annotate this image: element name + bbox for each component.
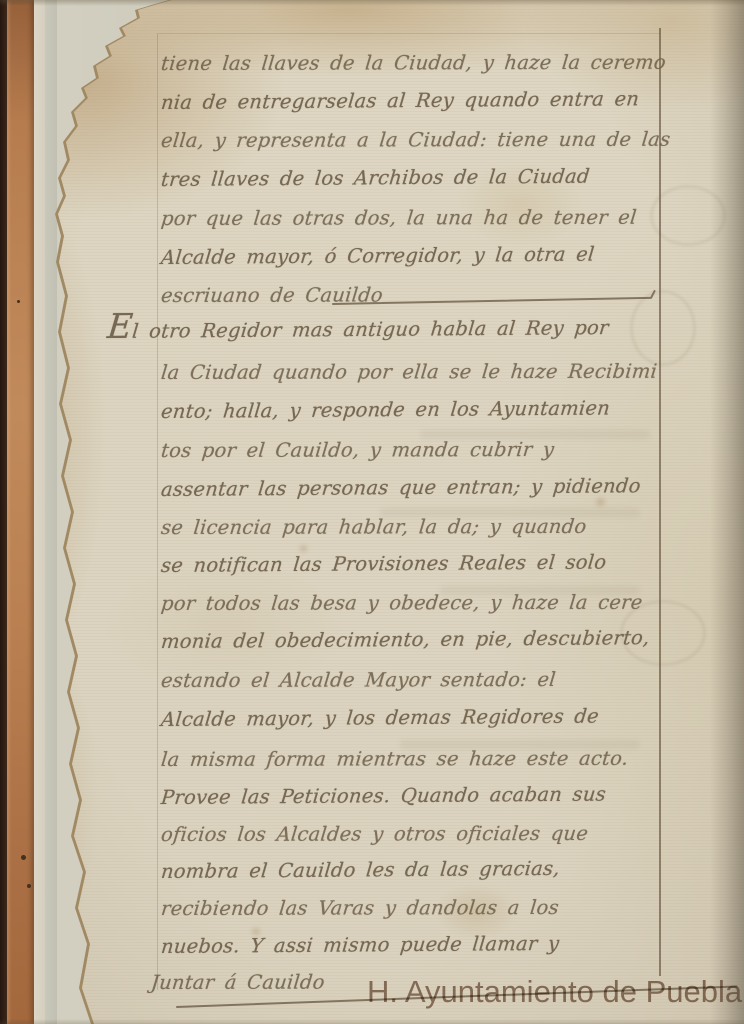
foxing-spot: [596, 498, 605, 506]
page-edge-strip: [45, 0, 57, 1024]
manuscript-line: tiene las llaves de la Ciudad, y haze la…: [160, 51, 667, 75]
manuscript-line: Juntar á Cauildo: [150, 971, 326, 994]
manuscript-line: nombra el Cauildo les da las gracias,: [160, 857, 561, 883]
manuscript-line: Alcalde mayor, y los demas Regidores de: [160, 705, 600, 731]
manuscript-line: nuebos. Y assi mismo puede llamar y: [160, 932, 560, 958]
paper: tiene las llaves de la Ciudad, y haze la…: [0, 0, 744, 1024]
leather-speck: [21, 855, 26, 860]
leather-speck: [27, 884, 31, 888]
scanned-manuscript-page: tiene las llaves de la Ciudad, y haze la…: [0, 0, 744, 1024]
manuscript-line: recibiendo las Varas y dandolas a los: [160, 896, 560, 920]
manuscript-line: oficios los Alcaldes y otros oficiales q…: [160, 822, 589, 846]
manuscript-line: estando el Alcalde Mayor sentado: el: [160, 668, 557, 692]
page-edge-strip: [34, 0, 45, 1024]
scan-edge-shadow: [0, 1019, 744, 1024]
manuscript-line: la misma forma mientras se haze este act…: [160, 747, 630, 771]
manuscript-line: Provee las Peticiones. Quando acaban sus: [160, 783, 607, 809]
scan-edge-shadow: [0, 0, 744, 6]
manuscript-line: Alcalde mayor, ó Corregidor, y la otra e…: [160, 243, 596, 269]
margin-frame-line-right: [659, 28, 661, 976]
foxing-spot: [300, 545, 307, 552]
archive-watermark: H. Ayuntamiento de Puebla: [367, 974, 742, 1010]
manuscript-line: tres llaves de los Archibos de la Ciudad: [160, 165, 591, 191]
leather-binding: [7, 0, 34, 1024]
manuscript-line: por todos las besa y obedece, y haze la …: [160, 591, 644, 615]
manuscript-line: ella, y representa a la Ciudad: tiene un…: [160, 128, 672, 152]
manuscript-line: por que las otras dos, la una ha de tene…: [160, 206, 638, 230]
manuscript-line: ento; halla, y responde en los Ayuntamie…: [160, 396, 611, 423]
manuscript-line: tos por el Cauildo, y manda cubrir y: [160, 438, 555, 462]
manuscript-line: se licencia para hablar, la da; y quando: [160, 515, 588, 539]
stain-ring: [630, 290, 696, 366]
margin-frame-line-left: [157, 34, 158, 990]
manuscript-line: nia de entregarselas al Rey quando entra…: [160, 87, 640, 114]
manuscript-line: assentar las personas que entran; y pidi…: [160, 474, 642, 501]
book-spine-edge: [0, 0, 7, 1024]
manuscript-line: monia del obedecimiento, en pie, descubi…: [160, 626, 651, 653]
margin-frame-line-top: [157, 33, 660, 34]
manuscript-line: la Ciudad quando por ella se le haze Rec…: [160, 360, 658, 384]
manuscript-line: se notifican las Provisiones Reales el s…: [160, 551, 608, 577]
page-curvature-shadow: [710, 0, 744, 1024]
manuscript-line paragraph-start: El otro Regidor mas antiguo habla al Rey…: [106, 316, 610, 343]
leather-speck: [17, 300, 20, 303]
